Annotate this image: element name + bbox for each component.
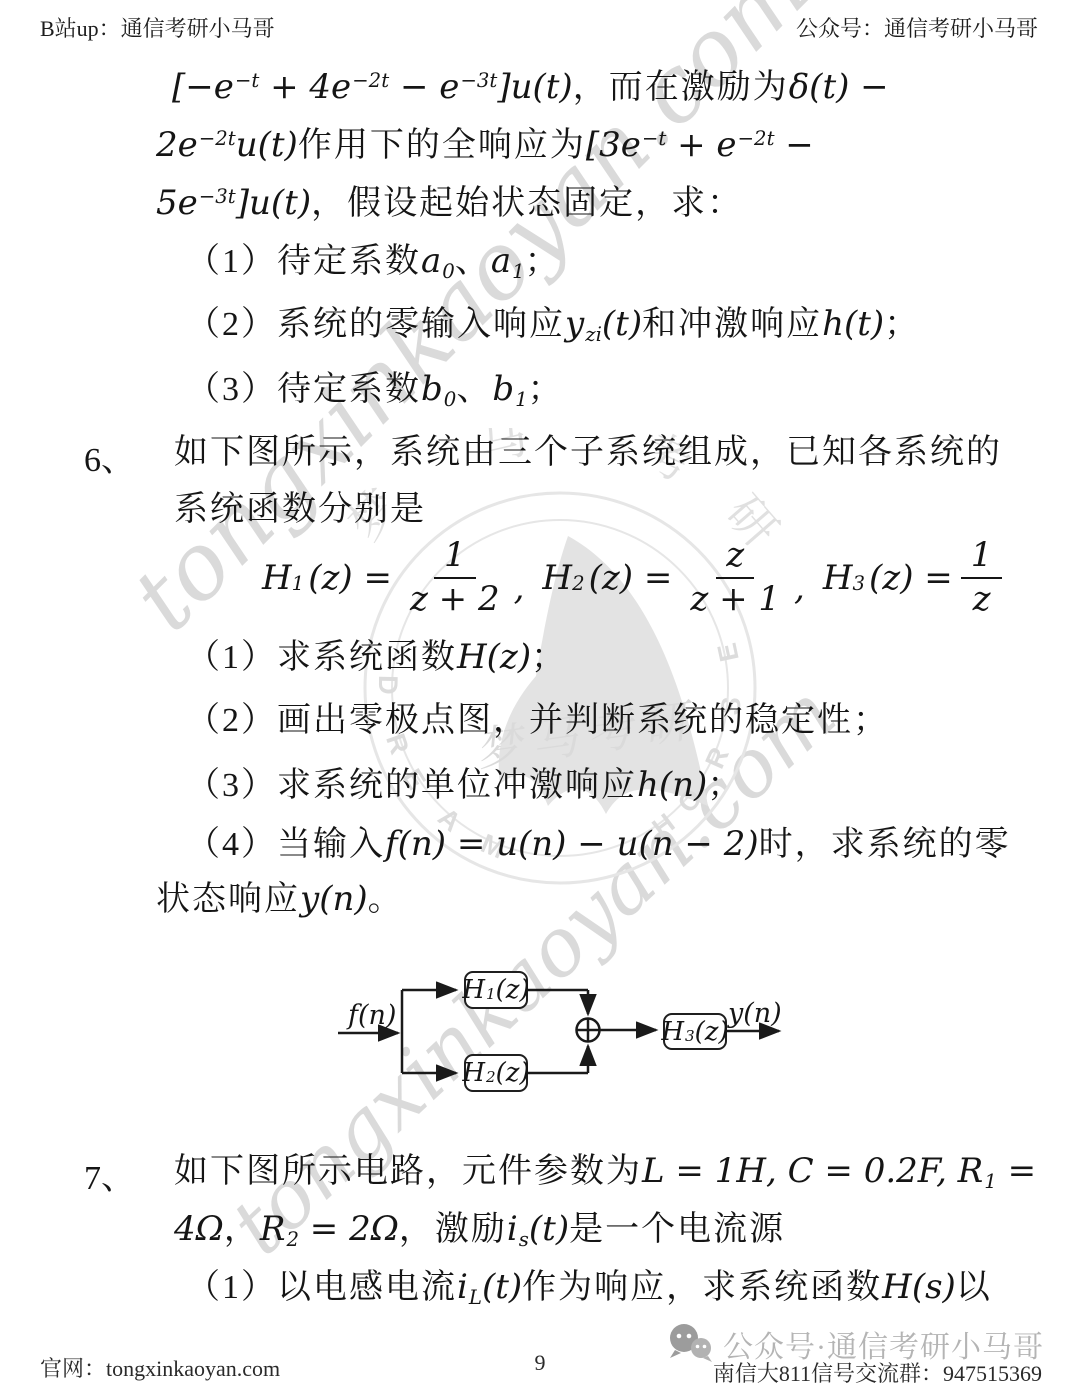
q6-number: 6、 [84,432,135,481]
q5-line-3: 5e−3t]u(t)，假设起始状态固定，求： [156,182,743,226]
diagram-output-label: y(n) [728,998,782,1029]
diagram-box-h2: H2(z) [464,1054,528,1092]
diagram-wires [320,950,820,1120]
q5-line-2: 2e−2tu(t)作用下的全响应为[3e−t + e−2t − [156,124,814,168]
q7-item-1: （1）以电感电流iL(t)作为响应，求系统函数H(s)以 [186,1266,992,1310]
q6-item-1: （1）求系统函数H(z)； [186,636,567,680]
q5-item-3: （3）待定系数b0、b1； [186,368,564,412]
q6-transfer-functions-formula: H1(z) = 1z + 2 , H2(z) = zz + 1 , H3(z) … [262,528,1002,628]
formula-h2: H2(z) = zz + 1 , [542,538,822,617]
q5-line-1: [−e−t + 4e−2t − e−3t]u(t)，而在激励为δ(t) − [172,66,889,110]
block-diagram: f(n) y(n) H1(z) H2(z) H3(z) [320,950,820,1120]
q6-item-4-continuation: 状态响应y(n)。 [156,878,404,922]
q5-item-2: （2）系统的零输入响应yzi(t)和冲激响应h(t)； [186,303,920,347]
q7-line-2: 4Ω，R2 = 2Ω，激励is(t)是一个电流源 [174,1208,785,1252]
q6-intro-2: 系统函数分别是 [174,489,426,532]
diagram-box-h3: H3(z) [663,1013,727,1050]
q5-item-1: （1）待定系数a0、a1； [186,240,561,284]
header-left: B站up：通信考研小马哥 [40,12,275,43]
q6-intro-1: 如下图所示，系统由三个子系统组成，已知各系统的 [174,432,1002,475]
formula-h1: H1(z) = 1z + 2 , [262,538,542,617]
footer-group: 南信大811信号交流群：947515369 [713,1357,1042,1388]
header-right: 公众号：通信考研小马哥 [796,12,1038,43]
q7-line-1: 如下图所示电路，元件参数为L = 1H, C = 0.2F, R1 = [174,1150,1036,1194]
document-page: tongxinkaoyan.com tongxinkaoyan.com 梦马考研… [0,0,1080,1398]
q7-number: 7、 [84,1150,135,1199]
diagram-input-label: f(n) [348,1000,396,1031]
q6-item-4: （4）当输入f(n) = u(n) − u(n − 2)时，求系统的零 [186,823,1011,867]
q6-item-2: （2）画出零极点图，并判断系统的稳定性； [186,700,889,743]
q6-item-3: （3）求系统的单位冲激响应h(n)； [186,764,743,808]
formula-h3: H3(z) = 1z [823,538,1003,617]
svg-text:E: E [712,640,745,664]
diagram-box-h1: H1(z) [464,971,528,1009]
